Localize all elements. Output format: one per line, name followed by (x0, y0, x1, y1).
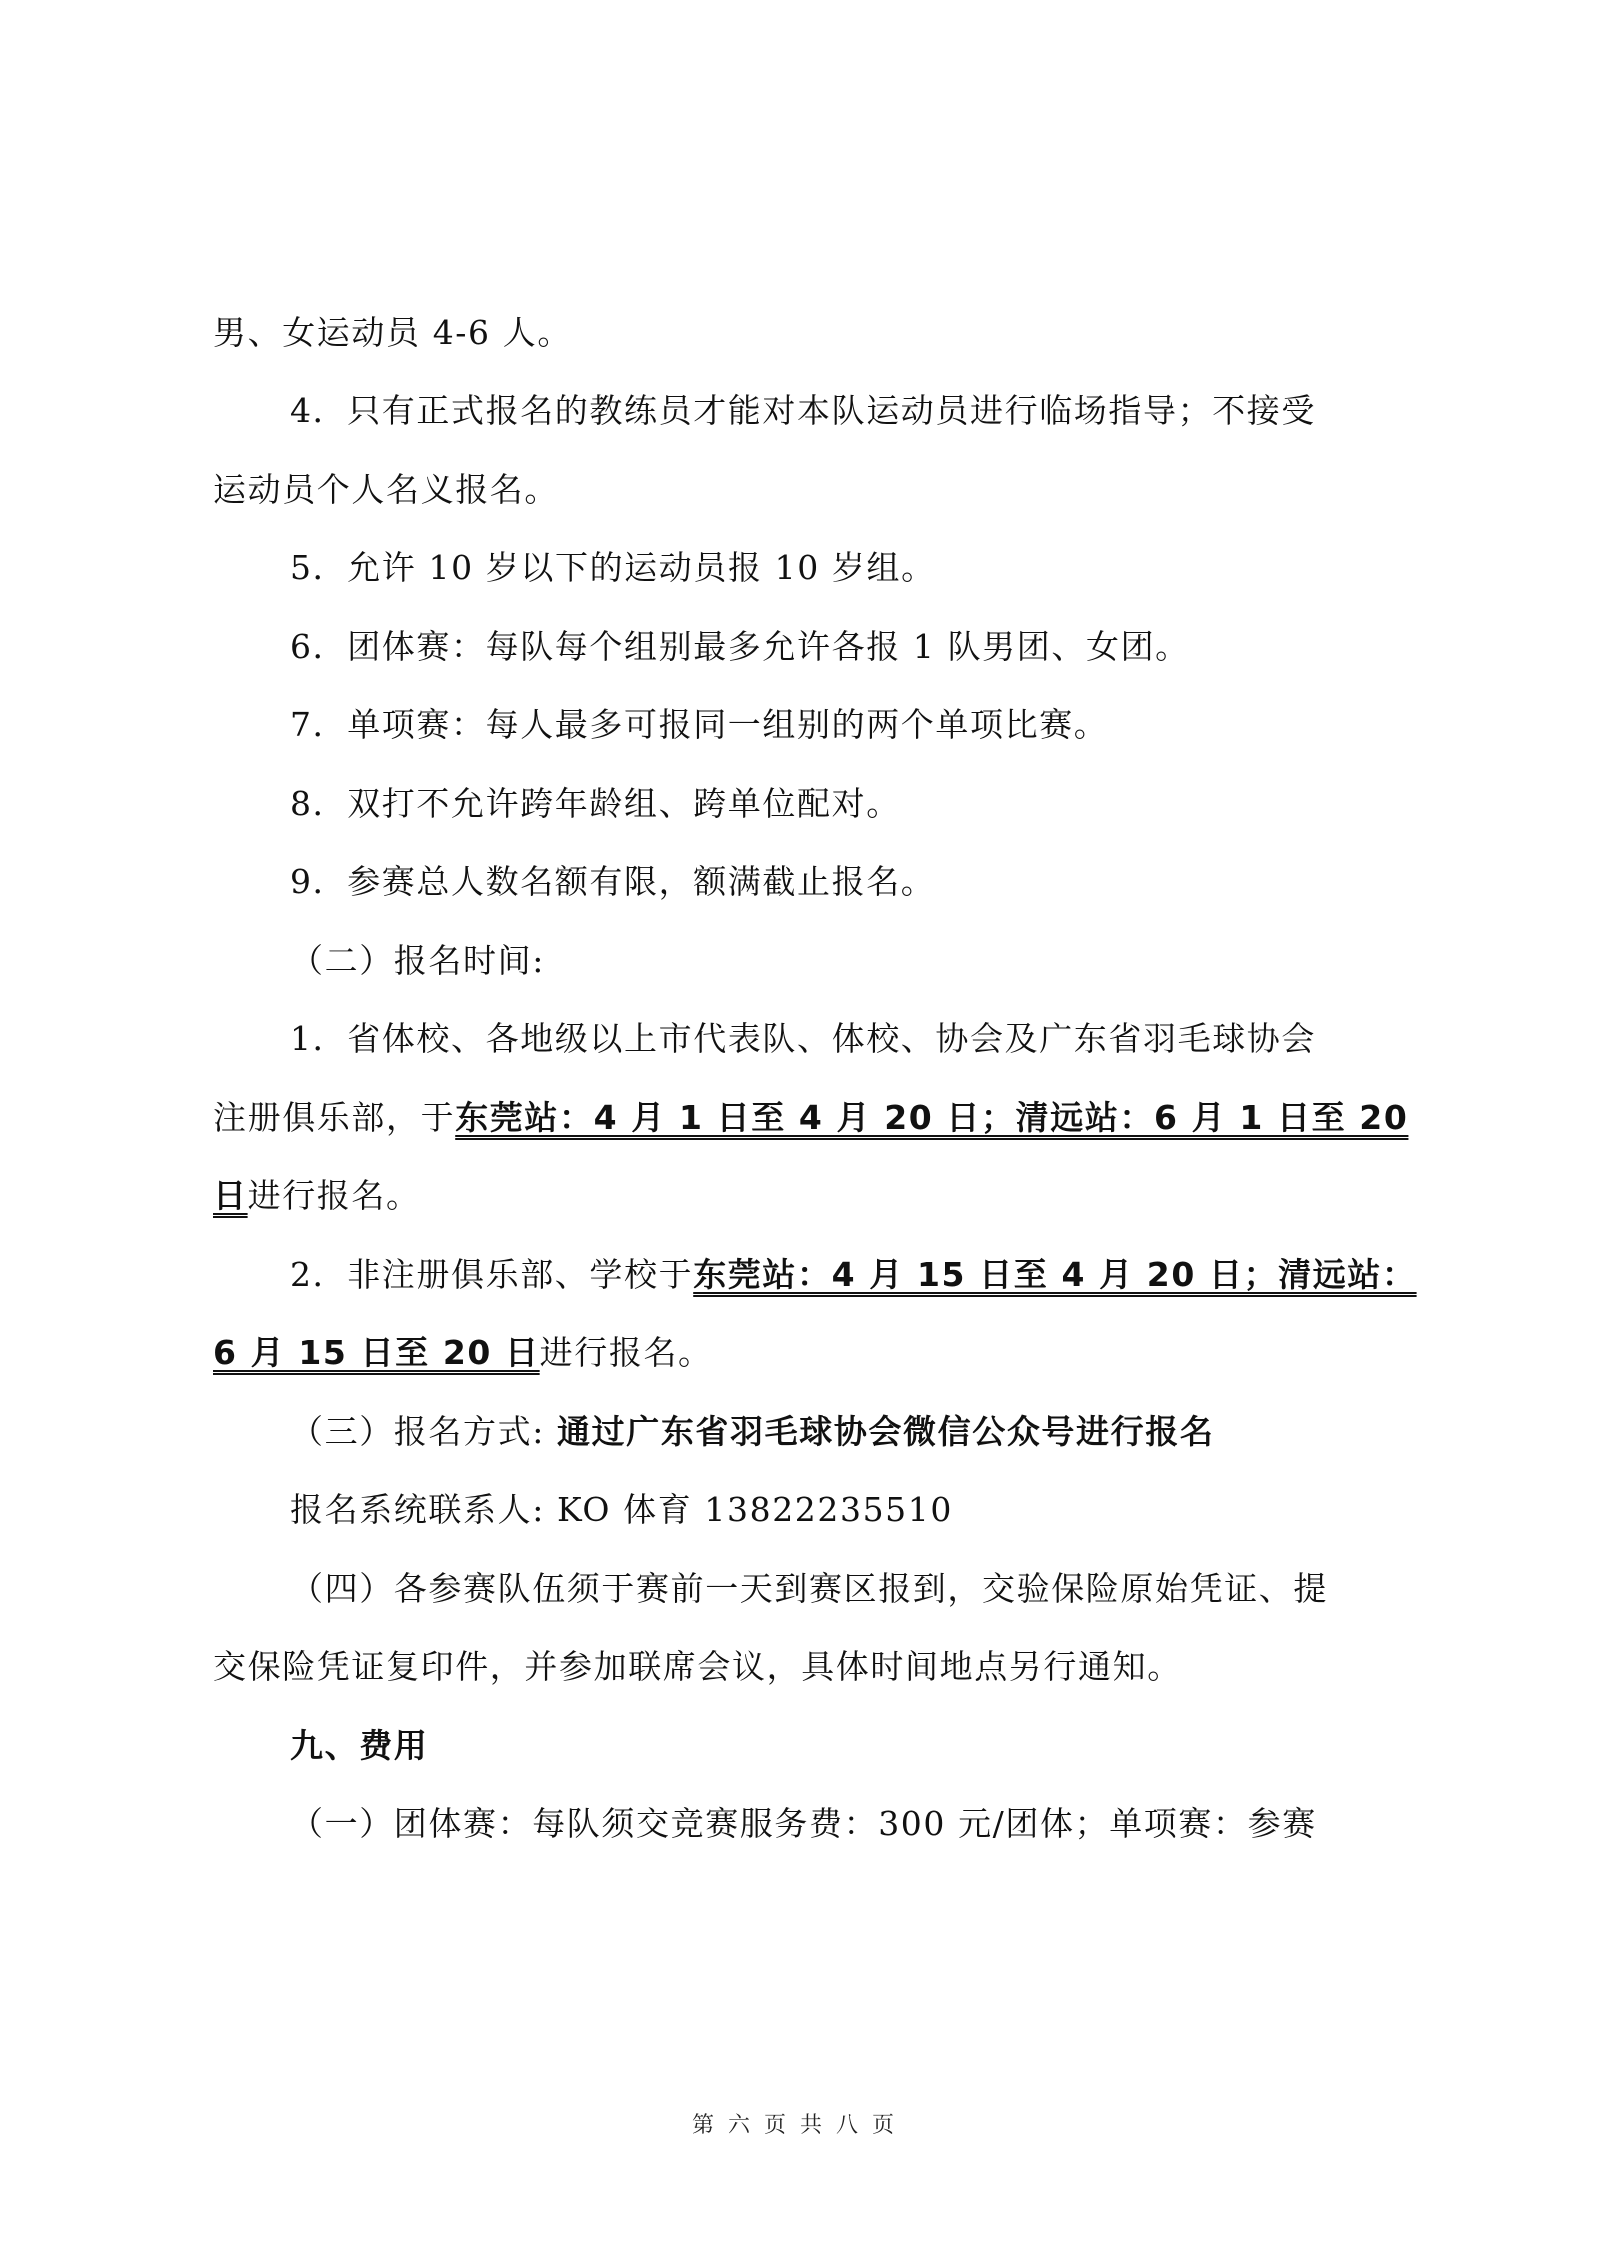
fee-line: （一）团体赛：每队须交竞赛服务费：300 元/团体；单项赛：参赛 (290, 1804, 1317, 1844)
rule-item-6: 6．团体赛：每队每个组别最多允许各报 1 队男团、女团。 (290, 627, 1190, 667)
bold-text: 通过广东省羽毛球协会微信公众号进行报名 (557, 1412, 1214, 1451)
text: 2．非注册俱乐部、学校于 (290, 1255, 693, 1294)
rule-item-9: 9．参赛总人数名额有限，额满截止报名。 (290, 862, 935, 902)
contact-line: 报名系统联系人: KO 体育 13822235510 (290, 1490, 953, 1530)
registration-item-2: 2．非注册俱乐部、学校于东莞站：4 月 15 日至 4 月 20 日；清远站： (290, 1255, 1417, 1295)
text: 进行报名。 (248, 1176, 421, 1215)
underlined-dates: 东莞站：4 月 15 日至 4 月 20 日；清远站： (693, 1255, 1416, 1294)
underlined-dates: 6 月 15 日至 20 日 (213, 1333, 540, 1372)
subsection-registration-time: （二）报名时间: (290, 941, 545, 981)
registration-item-1-end: 日进行报名。 (213, 1176, 421, 1216)
rule-item-5: 5．允许 10 岁以下的运动员报 10 岁组。 (290, 548, 936, 588)
registration-method: （三）报名方式: 通过广东省羽毛球协会微信公众号进行报名 (290, 1412, 1214, 1452)
checkin-line: （四）各参赛队伍须于赛前一天到赛区报到，交验保险原始凭证、提 (290, 1569, 1328, 1609)
text: 进行报名。 (540, 1333, 713, 1372)
checkin-line-2: 交保险凭证复印件，并参加联席会议，具体时间地点另行通知。 (213, 1647, 1182, 1687)
rule-item-4: 4．只有正式报名的教练员才能对本队运动员进行临场指导；不接受 (290, 391, 1316, 431)
registration-item-1-dates: 注册俱乐部，于东莞站：4 月 1 日至 4 月 20 日；清远站：6 月 1 日… (213, 1098, 1408, 1138)
rule-item-7: 7．单项赛：每人最多可报同一组别的两个单项比赛。 (290, 705, 1108, 745)
text: 注册俱乐部，于 (213, 1098, 455, 1137)
page-footer: 第六页共八页 (0, 2108, 1600, 2139)
underlined-dates: 日 (213, 1176, 248, 1215)
text: （三）报名方式: (290, 1412, 557, 1451)
registration-item-1: 1．省体校、各地级以上市代表队、体校、协会及广东省羽毛球协会 (290, 1019, 1316, 1059)
registration-item-2-end: 6 月 15 日至 20 日进行报名。 (213, 1333, 713, 1373)
underlined-dates: 东莞站：4 月 1 日至 4 月 20 日；清远站：6 月 1 日至 20 (455, 1098, 1408, 1137)
rule-item-8: 8．双打不允许跨年龄组、跨单位配对。 (290, 784, 901, 824)
paragraph-line: 男、女运动员 4-6 人。 (213, 313, 572, 353)
section-heading-fees: 九、费用 (290, 1726, 428, 1766)
paragraph-line: 运动员个人名义报名。 (213, 470, 559, 510)
